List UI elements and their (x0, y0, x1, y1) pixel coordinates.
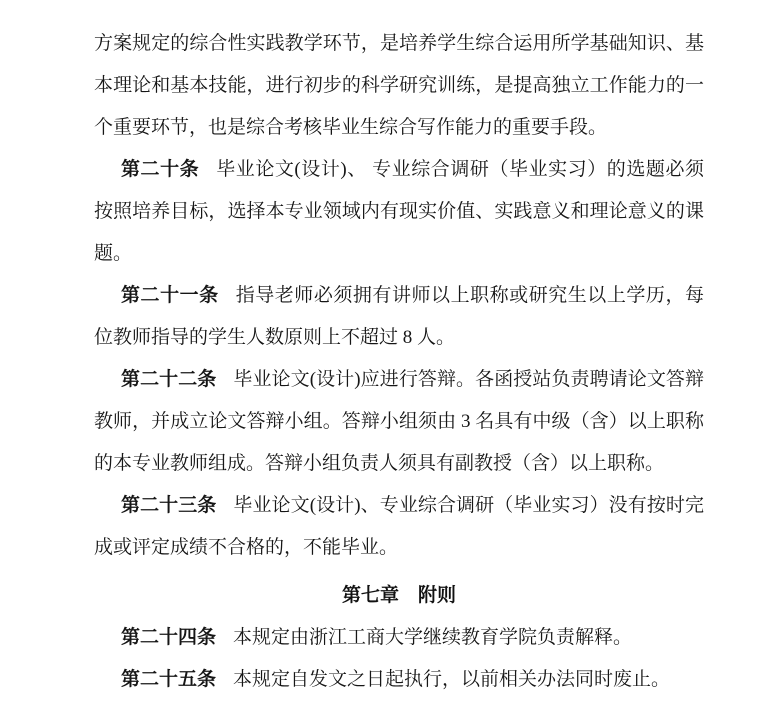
article-paragraph-20: 第二十条毕业论文(设计)、 专业综合调研（毕业实习）的选题必须按照培养目标，选择… (94, 149, 704, 275)
body-paragraph-continuation: 方案规定的综合性实践教学环节，是培养学生综合运用所学基础知识、基本理论和基本技能… (94, 23, 704, 149)
article-paragraph-21: 第二十一条指导老师必须拥有讲师以上职称或研究生以上学历，每位教师指导的学生人数原… (94, 275, 704, 359)
article-number-24: 第二十四条 (121, 627, 233, 648)
article-text-25: 本规定自发文之日起执行，以前相关办法同时废止。 (233, 669, 670, 690)
article-number-20: 第二十条 (121, 159, 216, 180)
article-paragraph-25: 第二十五条本规定自发文之日起执行，以前相关办法同时废止。 (94, 659, 704, 701)
article-paragraph-23: 第二十三条毕业论文(设计)、专业综合调研（毕业实习）没有按时完成或评定成绩不合格… (94, 485, 704, 569)
article-number-25: 第二十五条 (121, 669, 233, 690)
chapter-heading: 第七章 附则 (94, 575, 704, 617)
document-page: 方案规定的综合性实践教学环节，是培养学生综合运用所学基础知识、基本理论和基本技能… (94, 23, 704, 701)
article-number-22: 第二十二条 (121, 369, 233, 390)
article-number-21: 第二十一条 (121, 285, 236, 306)
article-text-24: 本规定由浙江工商大学继续教育学院负责解释。 (233, 627, 632, 648)
article-paragraph-22: 第二十二条毕业论文(设计)应进行答辩。各函授站负责聘请论文答辩教师，并成立论文答… (94, 359, 704, 485)
article-paragraph-24: 第二十四条本规定由浙江工商大学继续教育学院负责解释。 (94, 617, 704, 659)
article-number-23: 第二十三条 (121, 495, 233, 516)
